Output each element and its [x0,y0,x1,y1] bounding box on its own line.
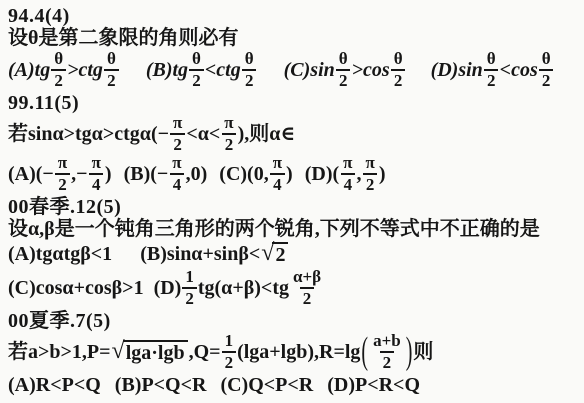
square-root: √2 [261,241,288,268]
formula-text: ) [286,163,293,186]
formula-text: (C)(0, [219,163,268,186]
formula-text: (B)sinα+sinβ< [140,243,260,266]
spacer [206,385,220,386]
spacer [293,174,305,175]
fraction-numerator: θ [104,50,119,69]
spacer [313,385,327,386]
question-stem: 设α,β是一个钝角三角形的两个锐角,下列不等式中不正确的是 [8,218,584,241]
option-line: (A)(−π2,−π4)(B)(−π4,0)(C)(0,π4)(D)(π4,π2… [8,154,584,194]
big-paren-close-icon: ) [405,330,414,374]
fraction-numerator: 1 [182,268,197,287]
spacer [101,385,115,386]
fraction-numerator: θ [242,50,257,69]
question-number: 00春季.12(5) [8,196,584,218]
formula-text: <α< [186,123,220,146]
formula-text: (D)( [305,163,339,186]
fraction: π4 [270,154,285,194]
formula-text: (A)R<P<Q [8,374,101,397]
question-number: 00夏季.7(5) [8,310,584,332]
formula-text: (C)cosα+cosβ>1 [8,277,144,300]
fraction-denominator: 4 [270,173,285,194]
formula-text: 若sinα>tgα>ctgα(− [8,123,169,146]
fraction: θ2 [51,50,66,90]
option-line: (C)cosα+cosβ>1(D)12tg(α+β)<tgα+β2 [8,268,584,308]
fraction-denominator: 4 [341,173,356,194]
formula-text: 设θ是第二象限的角则必有 [8,27,238,50]
fraction: α+β2 [290,268,324,308]
fraction: 12 [222,332,237,372]
spacer [112,174,124,175]
fraction: θ2 [189,50,204,90]
fraction-numerator: θ [189,50,204,69]
question-number: 99.11(5) [8,92,584,114]
fraction-denominator: 2 [484,69,499,90]
fraction: θ2 [336,50,351,90]
fraction-denominator: 2 [170,133,185,154]
formula-text: (A)tgαtgβ<1 [8,243,112,266]
fraction-numerator: α+β [290,268,324,287]
spacer [112,254,140,255]
formula-text-italic: (B)tg [146,59,188,82]
fraction: π2 [170,114,185,154]
fraction-denominator: 2 [182,287,197,308]
spacer [144,288,154,289]
fraction-denominator: 2 [380,351,395,372]
option-line: (A)tgθ2>ctgθ2(B)tgθ2<ctgθ2(C)sinθ2>cosθ2… [8,50,584,90]
formula-text-italic: <cos [500,59,538,82]
fraction: θ2 [104,50,119,90]
fraction-numerator: 1 [222,332,237,351]
fraction-denominator: 2 [242,69,257,90]
fraction-denominator: 2 [300,287,315,308]
spacer [407,70,431,71]
formula-text: , [356,163,361,186]
fraction-numerator: θ [51,50,66,69]
fraction-numerator: θ [484,50,499,69]
fraction: a+b2 [370,332,404,372]
formula-text-italic: <ctg [205,59,241,82]
fraction-denominator: 2 [539,69,554,90]
fraction-denominator: 2 [222,351,237,372]
radicand: lga·lgb [123,340,188,366]
formula-text: 设α,β是一个钝角三角形的两个锐角,下列不等式中不正确的是 [8,218,540,241]
fraction-denominator: 2 [363,173,378,194]
fraction: θ2 [484,50,499,90]
fraction: θ2 [391,50,406,90]
formula-text: 则 [413,341,433,364]
formula-text: ),则α∈ [238,123,296,146]
fraction-numerator: θ [336,50,351,69]
formula-text-italic: (A)tg [8,59,50,82]
formula-text: (B)(− [124,163,169,186]
option-line: (A)R<P<Q(B)P<Q<R(C)Q<P<R(D)P<R<Q [8,372,584,398]
radicand: 2 [272,242,288,268]
big-paren-open-icon: ( [360,330,369,374]
formula-text-italic: (C)sin [284,59,335,82]
formula-text: (C)Q<P<R [220,374,313,397]
fraction-numerator: π [362,154,377,173]
formula-text: 2 [275,244,285,267]
fraction-numerator: a+b [370,332,404,351]
fraction-numerator: π [170,114,185,133]
question-stem: 设θ是第二象限的角则必有 [8,27,584,50]
formula-text-italic: >ctg [67,59,103,82]
square-root: √lga·lgb [112,339,188,366]
question-number: 94.4(4) [8,5,584,27]
option-line: (A)tgαtgβ<1(B)sinα+sinβ<√2 [8,241,584,268]
fraction: π2 [362,154,377,194]
fraction-denominator: 2 [391,69,406,90]
spacer [120,70,146,71]
fraction-denominator: 2 [51,69,66,90]
fraction-numerator: π [340,154,355,173]
fraction-numerator: θ [391,50,406,69]
fraction-denominator: 4 [170,173,185,194]
formula-text: ) [379,163,386,186]
document-page: 94.4(4)设θ是第二象限的角则必有(A)tgθ2>ctgθ2(B)tgθ2<… [0,0,584,403]
fraction: π2 [55,154,70,194]
fraction-numerator: π [55,154,70,173]
fraction: π4 [340,154,355,194]
spacer [207,174,219,175]
formula-text: ,− [71,163,87,186]
fraction-denominator: 2 [104,69,119,90]
fraction: π2 [221,114,236,154]
fraction-numerator: π [89,154,104,173]
fraction-denominator: 2 [55,173,70,194]
fraction-numerator: θ [539,50,554,69]
fraction-denominator: 2 [336,69,351,90]
formula-text: (lga+lgb),R=lg [237,341,360,364]
formula-text-italic: (D)sin [431,59,483,82]
formula-text: ,0) [186,163,208,186]
formula-text: (B)P<Q<R [115,374,207,397]
formula-text: (A)(− [8,163,54,186]
formula-text: lga·lgb [126,342,185,365]
question-stem: 若sinα>tgα>ctgα(−π2<α<π2),则α∈ [8,114,584,154]
fraction-denominator: 2 [189,69,204,90]
fraction: θ2 [539,50,554,90]
fraction: θ2 [242,50,257,90]
formula-text: (D)P<R<Q [327,374,420,397]
fraction: 12 [182,268,197,308]
fraction-numerator: π [270,154,285,173]
spacer [258,70,284,71]
fraction-numerator: π [169,154,184,173]
formula-text: (D) [154,277,182,300]
fraction-denominator: 4 [89,173,104,194]
formula-text: 若a>b>1,P= [8,341,111,364]
question-stem: 若a>b>1,P=√lga·lgb,Q=12(lga+lgb),R=lg(a+b… [8,332,584,372]
formula-text: ) [105,163,112,186]
fraction-denominator: 2 [222,133,237,154]
formula-text-italic: >cos [352,59,390,82]
fraction: π4 [89,154,104,194]
fraction: π4 [169,154,184,194]
formula-text: tg(α+β)<tg [198,277,289,300]
formula-text: ,Q= [189,341,221,364]
fraction-numerator: π [221,114,236,133]
